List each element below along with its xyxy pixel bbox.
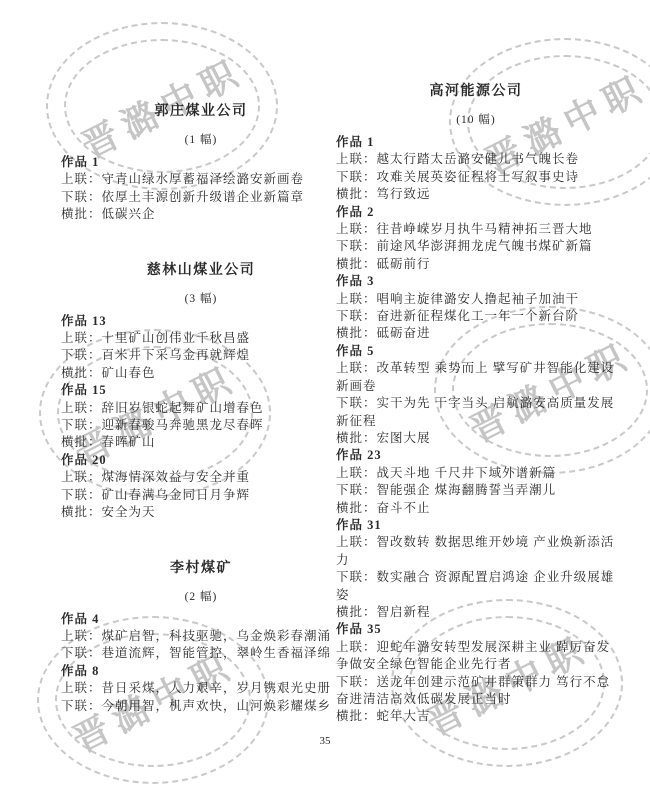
couplet-line: 下联：奋进新征程煤化工一年一个新台阶 xyxy=(336,308,616,325)
couplet-line: 上联：往昔峥嵘岁月执牛马精神拓三晋大地 xyxy=(336,221,616,238)
company-section: 李村煤矿(2 幅)作品 4上联：煤矿启智，科技驱驰，乌金焕彩春潮涌下联：巷道流辉… xyxy=(61,557,341,715)
couplet-line: 下联：实干为先 干字当头 启航潞安高质量发展新征程 xyxy=(336,395,616,430)
couplet-line: 上联：智改数转 数据思维开妙境 产业焕新添活力 xyxy=(336,534,616,569)
couplet-line: 下联：今朝用智，机声欢快，山河焕彩耀煤乡 xyxy=(61,698,341,715)
couplet-line: 横批：智启新程 xyxy=(336,604,616,621)
company-section: 高河能源公司(10 幅)作品 1上联：越太行踏太岳潞安健儿书气魄长卷下联：攻难关… xyxy=(336,80,616,726)
company-section: 郭庄煤业公司(1 幅)作品 1上联：守青山绿水厚蓄福泽绘潞安新画卷下联：依厚土丰… xyxy=(61,100,341,224)
work-label: 作品 23 xyxy=(336,447,616,464)
couplet-line: 上联：煤海情深效益与安全并重 xyxy=(61,469,341,486)
couplet-line: 下联：攻难关展英姿征程将士写叙事史诗 xyxy=(336,169,616,186)
couplet-line: 上联：唱响主旋律潞安人撸起袖子加油干 xyxy=(336,291,616,308)
works-count: (2 幅) xyxy=(61,588,341,604)
couplet-line: 下联：送龙年创建示范矿井群策群力 笃行不怠奋进清洁高效低碳发展正当时 xyxy=(336,674,616,709)
couplet-line: 横批：安全为天 xyxy=(61,504,341,521)
couplet-line: 横批：砥砺奋进 xyxy=(336,325,616,342)
couplet-line: 下联：依厚土丰源创新升级谱企业新篇章 xyxy=(61,189,341,206)
couplet-line: 上联：煤矿启智，科技驱驰，乌金焕彩春潮涌 xyxy=(61,628,341,645)
couplet-line: 下联：迎新春骏马奔驰黑龙尽春晖 xyxy=(61,417,341,434)
couplet-line: 下联：数实融合 资源配置启鸿途 企业升级展雄姿 xyxy=(336,569,616,604)
couplet-line: 横批：宏图大展 xyxy=(336,430,616,447)
company-title: 慈林山煤业公司 xyxy=(61,259,341,279)
right-column: 高河能源公司(10 幅)作品 1上联：越太行踏太岳潞安健儿书气魄长卷下联：攻难关… xyxy=(336,80,616,761)
work-label: 作品 3 xyxy=(336,273,616,290)
couplet-line: 上联：战天斗地 千尺井下域外谱新篇 xyxy=(336,465,616,482)
work-label: 作品 1 xyxy=(61,154,341,171)
couplet-line: 上联：昔日采煤，人力艰辛，岁月镌艰光史册 xyxy=(61,680,341,697)
work-label: 作品 31 xyxy=(336,517,616,534)
work-label: 作品 15 xyxy=(61,382,341,399)
couplet-line: 横批：春晖矿山 xyxy=(61,434,341,451)
couplet-line: 横批：低碳兴企 xyxy=(61,206,341,223)
couplet-line: 横批：笃行致远 xyxy=(336,186,616,203)
work-label: 作品 8 xyxy=(61,663,341,680)
couplet-line: 横批：蛇年大吉 xyxy=(336,708,616,725)
couplet-line: 上联：改革转型 乘势而上 擘写矿井智能化建设新画卷 xyxy=(336,360,616,395)
couplet-line: 横批：砥砺前行 xyxy=(336,256,616,273)
couplet-line: 下联：百米井下采乌金再就辉煌 xyxy=(61,347,341,364)
works-count: (1 幅) xyxy=(61,131,341,147)
couplet-line: 横批：矿山春色 xyxy=(61,365,341,382)
couplet-line: 上联：迎蛇年潞安转型发展深耕主业 踔厉奋发争做安全绿色智能企业先行者 xyxy=(336,639,616,674)
work-label: 作品 2 xyxy=(336,204,616,221)
work-label: 作品 20 xyxy=(61,452,341,469)
work-label: 作品 1 xyxy=(336,134,616,151)
couplet-line: 下联：前途风华澎湃拥龙虎气魄书煤矿新篇 xyxy=(336,238,616,255)
couplet-line: 上联：十里矿山创伟业千秋昌盛 xyxy=(61,330,341,347)
couplet-line: 上联：守青山绿水厚蓄福泽绘潞安新画卷 xyxy=(61,171,341,188)
page-number: 35 xyxy=(0,735,650,747)
company-title: 郭庄煤业公司 xyxy=(61,100,341,120)
company-title: 李村煤矿 xyxy=(61,557,341,577)
couplet-line: 横批：奋斗不止 xyxy=(336,500,616,517)
works-count: (10 幅) xyxy=(336,111,616,127)
work-label: 作品 35 xyxy=(336,621,616,638)
work-label: 作品 5 xyxy=(336,343,616,360)
document-page: 晋潞中职晋潞中职晋潞中职晋潞中职晋潞中职晋潞中职 郭庄煤业公司(1 幅)作品 1… xyxy=(0,0,650,800)
left-column: 郭庄煤业公司(1 幅)作品 1上联：守青山绿水厚蓄福泽绘潞安新画卷下联：依厚土丰… xyxy=(61,100,341,750)
works-count: (3 幅) xyxy=(61,290,341,306)
couplet-line: 下联：矿山春满乌金同日月争辉 xyxy=(61,487,341,504)
work-label: 作品 4 xyxy=(61,611,341,628)
couplet-line: 上联：辞旧岁银蛇起舞矿山增春色 xyxy=(61,400,341,417)
company-section: 慈林山煤业公司(3 幅)作品 13上联：十里矿山创伟业千秋昌盛下联：百米井下采乌… xyxy=(61,259,341,522)
couplet-line: 上联：越太行踏太岳潞安健儿书气魄长卷 xyxy=(336,151,616,168)
couplet-line: 下联：巷道流辉，智能管控，翠岭生香福泽绵 xyxy=(61,645,341,662)
company-title: 高河能源公司 xyxy=(336,80,616,100)
couplet-line: 下联：智能强企 煤海翻腾誓当弄潮儿 xyxy=(336,482,616,499)
work-label: 作品 13 xyxy=(61,313,341,330)
